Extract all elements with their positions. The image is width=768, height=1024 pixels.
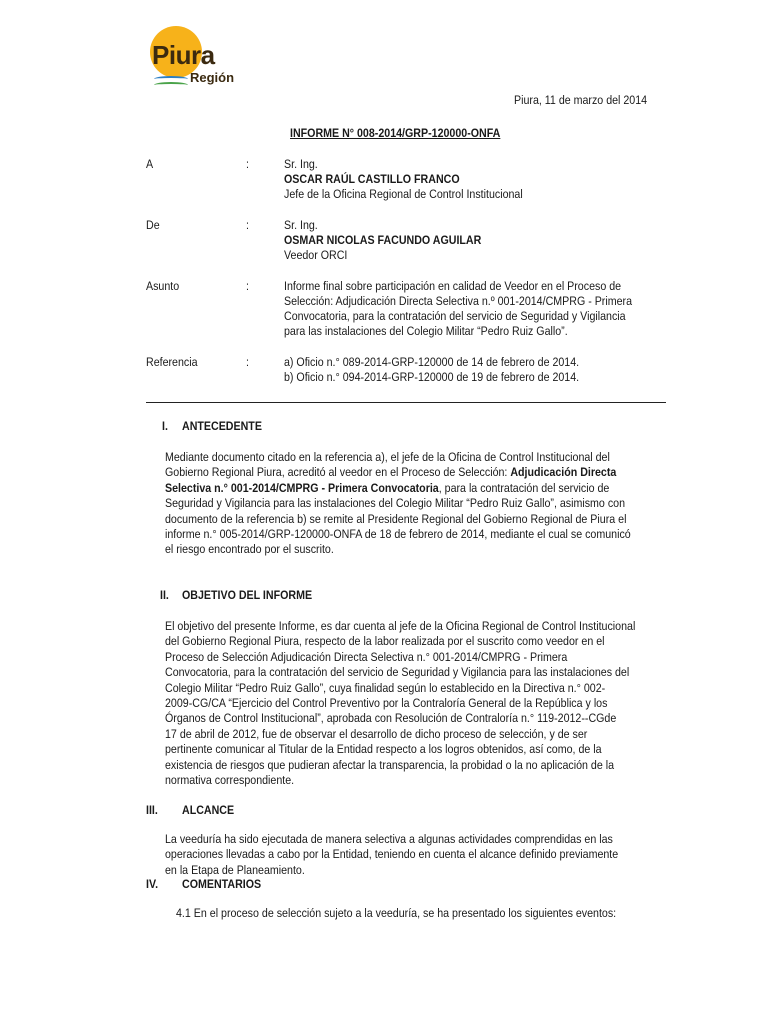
section-number: II. xyxy=(160,588,169,603)
paragraph-line: el riesgo encontrado por el suscrito. xyxy=(165,542,334,557)
paragraph-line: documento de la referencia b) se remite … xyxy=(165,512,626,527)
paragraph-line: 17 de abril de 2012, fue de observar el … xyxy=(165,727,587,742)
field-colon: : xyxy=(246,355,249,370)
recipient-title: Sr. Ing. xyxy=(284,157,318,172)
paragraph-line: Convocatoria, para la contratación del s… xyxy=(165,665,629,680)
section-number: I. xyxy=(162,419,168,434)
field-colon: : xyxy=(246,218,249,233)
paragraph-line: existencia de riesgos que pudieran afect… xyxy=(165,758,614,773)
section-number: IV. xyxy=(146,877,158,892)
field-label-from: De xyxy=(146,218,160,233)
paragraph-line: del Gobierno Regional Piura, respecto de… xyxy=(165,634,605,649)
subject-line: Informe final sobre participación en cal… xyxy=(284,279,621,294)
paragraph-line: Mediante documento citado en la referenc… xyxy=(165,450,610,465)
logo-wordmark: Piura xyxy=(152,40,215,71)
document-date: Piura, 11 de marzo del 2014 xyxy=(514,93,647,108)
wave-icon xyxy=(154,82,188,88)
subject-line: Convocatoria, para la contratación del s… xyxy=(284,309,626,324)
report-title: INFORME N° 008-2014/GRP-120000-ONFA xyxy=(290,126,500,141)
subject-line: Selección: Adjudicación Directa Selectiv… xyxy=(284,294,632,309)
field-label-reference: Referencia xyxy=(146,355,198,370)
paragraph-line: 4.1 En el proceso de selección sujeto a … xyxy=(176,906,616,921)
paragraph-line: Órganos de Control Institucional”, aprob… xyxy=(165,711,616,726)
paragraph-line: operaciones llevadas a cabo por la Entid… xyxy=(165,847,618,862)
paragraph-line: Selectiva n.° 001-2014/CMPRG - Primera C… xyxy=(165,481,609,496)
sender-title: Sr. Ing. xyxy=(284,218,318,233)
paragraph-line: normativa correspondiente. xyxy=(165,773,294,788)
recipient-position: Jefe de la Oficina Regional de Control I… xyxy=(284,187,523,202)
paragraph-line: Seguridad y Vigilancia para las instalac… xyxy=(165,496,625,511)
piura-region-logo: Piura Región xyxy=(146,26,238,92)
paragraph-line: Gobierno Regional Piura, acreditó al vee… xyxy=(165,465,616,480)
paragraph-line: El objetivo del presente Informe, es dar… xyxy=(165,619,635,634)
reference-line: b) Oficio n.° 094-2014-GRP-120000 de 19 … xyxy=(284,370,579,385)
header-divider xyxy=(146,402,666,403)
paragraph-line: Colegio Militar “Pedro Ruiz Gallo”, cuya… xyxy=(165,681,605,696)
logo-subtitle: Región xyxy=(190,70,234,85)
field-label-subject: Asunto xyxy=(146,279,179,294)
section-heading: ANTECEDENTE xyxy=(182,419,262,434)
recipient-name: OSCAR RAÚL CASTILLO FRANCO xyxy=(284,172,460,187)
section-heading: COMENTARIOS xyxy=(182,877,261,892)
field-colon: : xyxy=(246,157,249,172)
paragraph-line: 2009-CG/CA “Ejercicio del Control Preven… xyxy=(165,696,607,711)
sender-name: OSMAR NICOLAS FACUNDO AGUILAR xyxy=(284,233,481,248)
section-number: III. xyxy=(146,803,158,818)
paragraph-line: pertinente comunicar al Titular de la En… xyxy=(165,742,602,757)
paragraph-line: La veeduría ha sido ejecutada de manera … xyxy=(165,832,613,847)
subject-line: para las instalaciones del Colegio Milit… xyxy=(284,324,568,339)
paragraph-line: en la Etapa de Planeamiento. xyxy=(165,863,305,878)
field-label-to: A xyxy=(146,157,153,172)
section-heading: ALCANCE xyxy=(182,803,234,818)
field-colon: : xyxy=(246,279,249,294)
section-heading: OBJETIVO DEL INFORME xyxy=(182,588,312,603)
reference-line: a) Oficio n.° 089-2014-GRP-120000 de 14 … xyxy=(284,355,579,370)
sender-position: Veedor ORCI xyxy=(284,248,347,263)
paragraph-line: informe n.° 005-2014/GRP-120000-ONFA de … xyxy=(165,527,631,542)
paragraph-line: Proceso de Selección Adjudicación Direct… xyxy=(165,650,567,665)
